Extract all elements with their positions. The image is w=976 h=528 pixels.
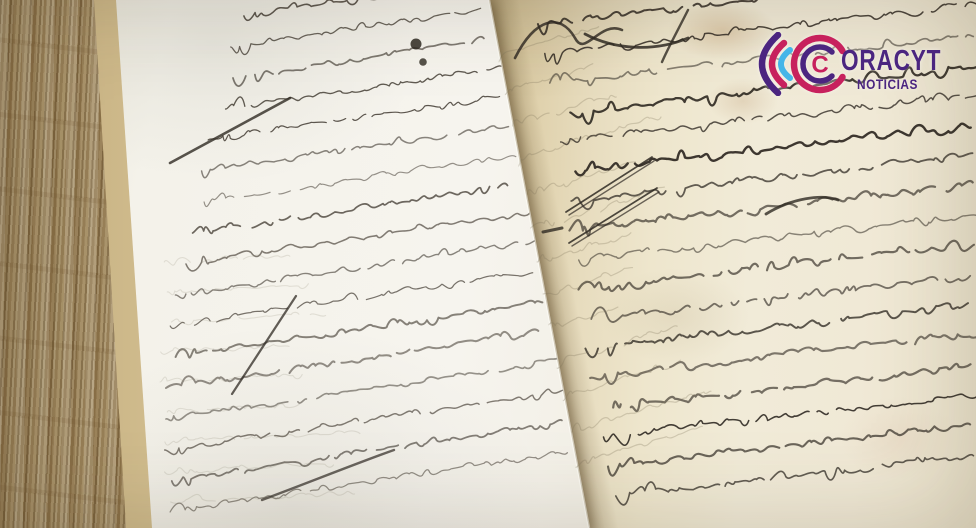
video-frame: C ORACYT NOTICIAS <box>0 0 976 528</box>
coracyt-watermark: C ORACYT NOTICIAS <box>746 32 936 96</box>
brand-text: ORACYT <box>841 47 941 76</box>
radio-waves-icon <box>762 35 790 93</box>
coracyt-emblem-icon: C <box>746 32 850 96</box>
emblem-letter: C <box>811 52 828 79</box>
tagline-text: NOTICIAS <box>857 78 918 92</box>
